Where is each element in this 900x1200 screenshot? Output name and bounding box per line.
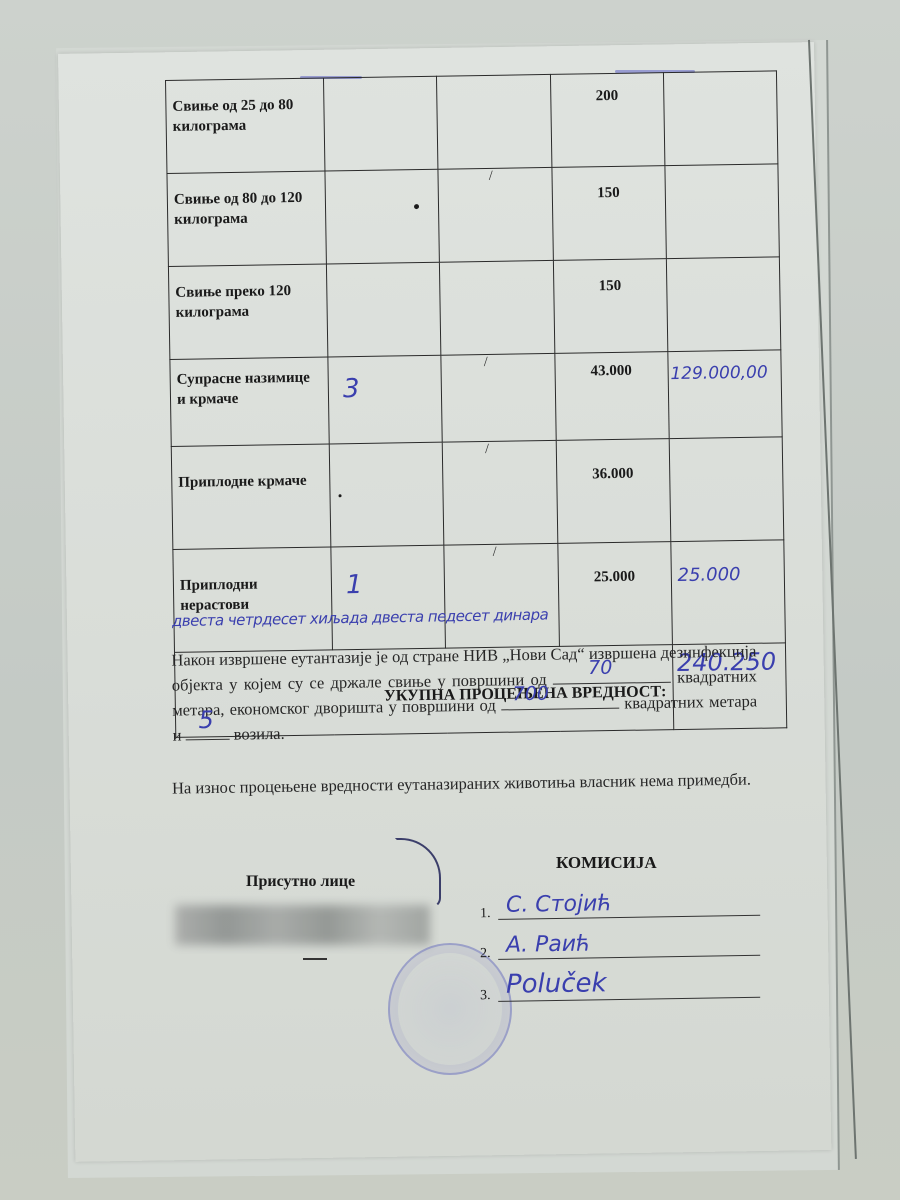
slash-mark: / xyxy=(484,353,488,373)
handwritten-total: 129.000,00 xyxy=(670,363,768,385)
row-col3 xyxy=(440,260,555,355)
row-label: Свиње од 25 до 80 килограма xyxy=(166,78,326,173)
handwritten-vehicles: 5 xyxy=(198,709,214,732)
handwritten-building-area: 70 xyxy=(588,657,613,680)
slash-mark: / xyxy=(489,167,493,187)
ink-dot xyxy=(414,204,419,209)
row-total xyxy=(669,437,784,542)
table-row: Свиње од 25 до 80 килограма 200 xyxy=(166,71,778,174)
row-col3: / xyxy=(443,440,558,545)
row-label: Супрасне назимице и крмаче xyxy=(170,357,329,446)
row-unit-price: 36.000 xyxy=(556,439,671,544)
row-unit-price: 43.000 xyxy=(554,352,669,441)
commission-signature-line: 1. С. Стојић xyxy=(480,888,760,922)
commission-signature-line: 2. А. Раић xyxy=(480,928,760,962)
row-col3: / xyxy=(438,167,553,262)
signature-number: 1. xyxy=(480,906,491,922)
ink-dot xyxy=(339,494,342,497)
row-total: 25.000 xyxy=(671,540,786,645)
disinfection-paragraph: Након извршене еутантазије је од стране … xyxy=(171,639,757,746)
row-total xyxy=(666,257,781,352)
row-quantity xyxy=(324,76,439,171)
yard-area-field: 700 xyxy=(501,690,619,711)
handwritten-signature: А. Раић xyxy=(506,931,591,957)
slash-mark: / xyxy=(493,543,497,563)
row-quantity xyxy=(325,169,440,264)
handwritten-signature: С. Стојић xyxy=(506,891,612,918)
handwritten-signature: Poluček xyxy=(506,968,607,1000)
handwritten-quantity: 1 xyxy=(346,575,363,595)
row-quantity: 3 xyxy=(328,355,443,444)
slash-mark: / xyxy=(485,440,489,460)
present-person-label: Присутно лице xyxy=(246,873,355,891)
row-label: Свиње преко 120 килограма xyxy=(168,264,328,359)
table-row: Свиње од 80 до 120 килограма / 150 xyxy=(167,164,779,267)
row-quantity xyxy=(329,442,444,547)
row-total: 129.000,00 xyxy=(668,350,783,439)
commission-heading: КОМИСИЈА xyxy=(556,853,657,873)
handwritten-quantity: 3 xyxy=(343,379,360,399)
row-quantity xyxy=(326,262,441,357)
row-total xyxy=(665,164,780,259)
table-row: Свиње преко 120 килограма 150 xyxy=(168,257,780,360)
row-label: Свиње од 80 до 120 килограма xyxy=(167,171,327,266)
signature-number: 3. xyxy=(480,988,491,1004)
building-area-field: 70 xyxy=(553,664,671,685)
row-total xyxy=(663,71,778,166)
row-label: Приплодне крмаче xyxy=(171,444,331,549)
paragraph-text: возила. xyxy=(234,724,285,744)
commission-signature-line: 3. Poluček xyxy=(480,970,760,1004)
row-col3 xyxy=(437,74,552,169)
row-col3: / xyxy=(441,353,556,442)
handwritten-total: 25.000 xyxy=(677,565,740,586)
official-stamp xyxy=(388,943,512,1075)
redacted-name xyxy=(175,905,430,945)
handwritten-yard-area: 700 xyxy=(512,683,549,707)
vehicles-field: 5 xyxy=(185,721,229,741)
row-unit-price: 200 xyxy=(550,73,665,168)
table-row: Приплодне крмаче / 36.000 xyxy=(171,437,784,550)
row-unit-price: 150 xyxy=(551,166,666,261)
table-row: Супрасне назимице и крмаче 3 / 43.000 12… xyxy=(170,350,782,447)
valuation-table: Свиње од 25 до 80 килограма 200 Свиње од… xyxy=(165,70,787,738)
dash-mark xyxy=(303,958,327,960)
signature-number: 2. xyxy=(480,946,491,962)
row-unit-price: 150 xyxy=(553,259,668,354)
